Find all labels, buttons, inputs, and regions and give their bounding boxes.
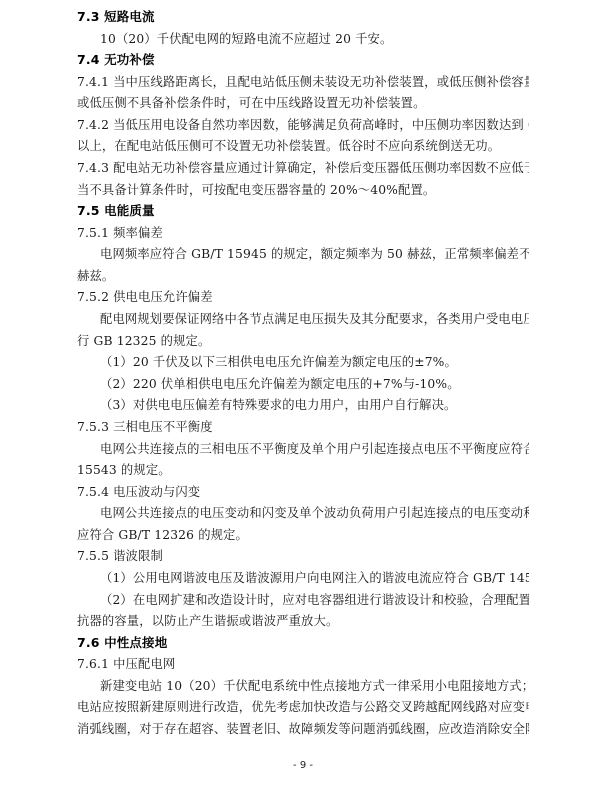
paragraph-line: 7.4.2 当低压用电设备自然功率因数，能够满足负荷高峰时，中压侧功率因数达到 … <box>77 115 529 135</box>
paragraph-line: 10（20）千伏配电网的短路电流不应超过 20 千安。 <box>100 29 529 49</box>
paragraph-line: 电网公共连接点的三相电压不平衡度及单个用户引起连接点电压不平衡度应符合 GB/T <box>100 439 529 459</box>
paragraph-line: 赫兹。 <box>77 266 529 286</box>
paragraph-line: 7.4.3 配电站无功补偿容量应通过计算确定，补偿后变压器低压侧功率因数不应低于… <box>77 158 529 178</box>
list-item: （2）220 伏单相供电电压允许偏差为额定电压的+7%与-10%。 <box>100 374 529 394</box>
paragraph-line: 电网公共连接点的电压变动和闪变及单个波动负荷用户引起连接点的电压变动和闪变 <box>100 503 529 523</box>
paragraph-line: 抗器的容量，以防止产生谐振或谐波严重放大。 <box>77 611 529 631</box>
paragraph-line: 当不具备计算条件时，可按配电变压器容量的 20%～40%配置。 <box>77 180 529 200</box>
paragraph-line: 新建变电站 10（20）千伏配电系统中性点接地方式一律采用小电阻接地方式；在运变 <box>100 676 529 696</box>
list-item: （1）公用电网谐波电压及谐波源用户向电网注入的谐波电流应符合 GB/T 1454… <box>100 568 529 588</box>
subheading-7-5-1: 7.5.1 频率偏差 <box>77 223 529 243</box>
page-number: - 9 - <box>0 760 606 771</box>
paragraph-line: 以上，在配电站低压侧可不设置无功补偿装置。低谷时不应向系统倒送无功。 <box>77 136 529 156</box>
heading-7-6: 7.6 中性点接地 <box>77 633 529 653</box>
paragraph-line: 应符合 GB/T 12326 的规定。 <box>77 525 529 545</box>
paragraph-line: 消弧线圈，对于存在超容、装置老旧、故障频发等问题消弧线圈，应改造消除安全隐患。 <box>77 719 529 739</box>
subheading-7-5-2: 7.5.2 供电电压允许偏差 <box>77 287 529 307</box>
heading-7-3: 7.3 短路电流 <box>77 7 529 27</box>
paragraph-line: 行 GB 12325 的规定。 <box>77 331 529 351</box>
heading-7-4: 7.4 无功补偿 <box>77 50 529 70</box>
heading-7-5: 7.5 电能质量 <box>77 201 529 221</box>
subheading-7-5-5: 7.5.5 谐波限制 <box>77 546 529 566</box>
subheading-7-5-4: 7.5.4 电压波动与闪变 <box>77 482 529 502</box>
document-page: 7.3 短路电流 10（20）千伏配电网的短路电流不应超过 20 千安。 7.4… <box>0 0 606 803</box>
subheading-7-6-1: 7.6.1 中压配电网 <box>77 654 529 674</box>
paragraph-line: 电站应按照新建原则进行改造，优先考虑加快改造与公路交叉跨越配网线路对应变电站内的 <box>77 697 529 717</box>
list-item: （1）20 千伏及以下三相供电电压允许偏差为额定电压的±7%。 <box>100 352 529 372</box>
list-item: （2）在电网扩建和改造设计时，应对电容器组进行谐波设计和校验，合理配置串联电 <box>100 590 529 610</box>
list-item: （3）对供电电压偏差有特殊要求的电力用户，由用户自行解决。 <box>100 395 529 415</box>
paragraph-line: 配电网规划要保证网络中各节点满足电压损失及其分配要求，各类用户受电电压质量执 <box>100 309 529 329</box>
paragraph-line: 7.4.1 当中压线路距离长，且配电站低压侧未装设无功补偿装置，或低压侧补偿容量… <box>77 72 529 92</box>
paragraph-line: 或低压侧不具备补偿条件时，可在中压线路设置无功补偿装置。 <box>77 93 529 113</box>
paragraph-line: 电网频率应符合 GB/T 15945 的规定，额定频率为 50 赫兹，正常频率偏… <box>100 244 529 264</box>
paragraph-line: 15543 的规定。 <box>77 460 529 480</box>
subheading-7-5-3: 7.5.3 三相电压不平衡度 <box>77 417 529 437</box>
